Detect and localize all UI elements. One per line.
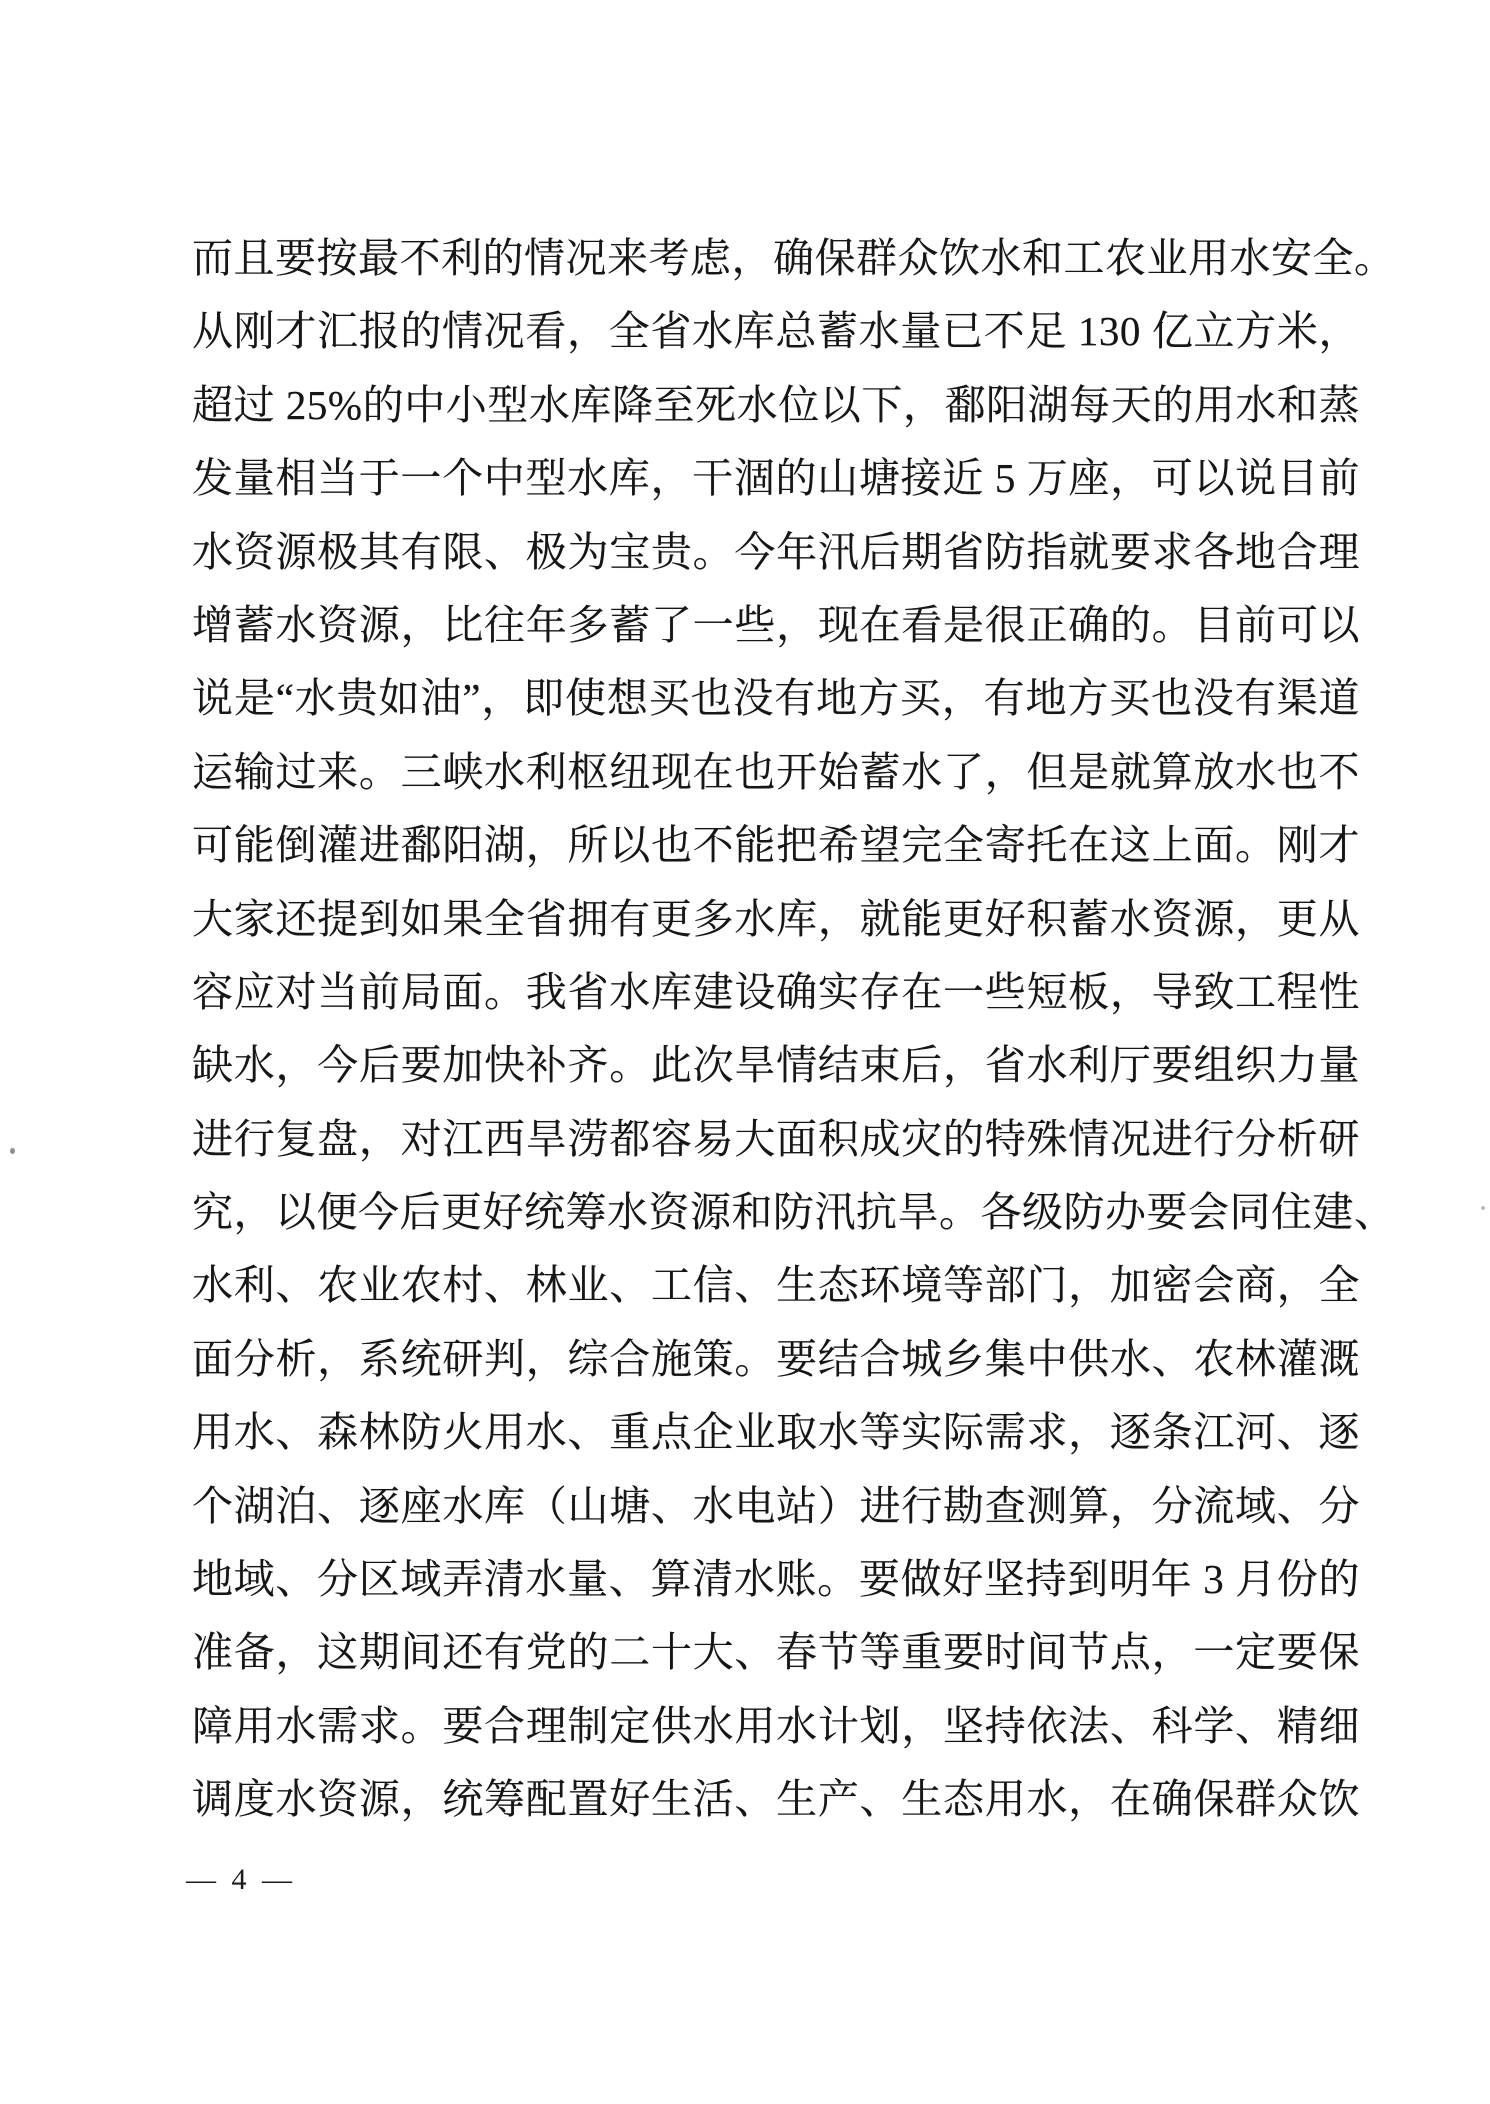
- text-line: 水资源极其有限、极为宝贵。今年汛后期省防指就要求各地合理: [192, 516, 1360, 589]
- text-line: 障用水需求。要合理制定供水用水计划，坚持依法、科学、精细: [192, 1690, 1360, 1763]
- page-number: — 4 —: [186, 1862, 316, 1898]
- text-line: 缺水，今后要加快补齐。此次旱情结束后，省水利厅要组织力量: [192, 1029, 1360, 1102]
- text-line: 发量相当于一个中型水库，干涸的山塘接近 5 万座，可以说目前: [192, 442, 1360, 515]
- text-line: 用水、森林防火用水、重点企业取水等实际需求，逐条江河、逐: [192, 1396, 1360, 1469]
- text-line: 进行复盘，对江西旱涝都容易大面积成灾的特殊情况进行分析研: [192, 1103, 1360, 1176]
- text-line: 究，以便今后更好统筹水资源和防汛抗旱。各级防办要会同住建、: [192, 1176, 1360, 1249]
- text-line: 超过 25%的中小型水库降至死水位以下，鄱阳湖每天的用水和蒸: [192, 369, 1360, 442]
- text-line: 面分析，系统研判，综合施策。要结合城乡集中供水、农林灌溉: [192, 1323, 1360, 1396]
- text-line: 容应对当前局面。我省水库建设确实存在一些短板，导致工程性: [192, 956, 1360, 1029]
- scan-speck: [10, 1148, 15, 1154]
- text-line: 而且要按最不利的情况来考虑，确保群众饮水和工农业用水安全。: [192, 222, 1360, 295]
- text-line: 准备，这期间还有党的二十大、春节等重要时间节点，一定要保: [192, 1616, 1360, 1689]
- text-line: 可能倒灌进鄱阳湖，所以也不能把希望完全寄托在这上面。刚才: [192, 809, 1360, 882]
- scan-speck: [1481, 1206, 1485, 1210]
- text-line: 增蓄水资源，比往年多蓄了一些，现在看是很正确的。目前可以: [192, 589, 1360, 662]
- document-page: 而且要按最不利的情况来考虑，确保群众饮水和工农业用水安全。从刚才汇报的情况看，全…: [0, 0, 1490, 2104]
- text-line: 说是“水贵如油”，即使想买也没有地方买，有地方买也没有渠道: [192, 662, 1360, 735]
- text-line: 调度水资源，统筹配置好生活、生产、生态用水，在确保群众饮: [192, 1763, 1360, 1836]
- document-body-text: 而且要按最不利的情况来考虑，确保群众饮水和工农业用水安全。从刚才汇报的情况看，全…: [192, 222, 1360, 1837]
- text-line: 运输过来。三峡水利枢纽现在也开始蓄水了，但是就算放水也不: [192, 736, 1360, 809]
- text-line: 水利、农业农村、林业、工信、生态环境等部门，加密会商，全: [192, 1249, 1360, 1322]
- text-line: 地域、分区域弄清水量、算清水账。要做好坚持到明年 3 月份的: [192, 1543, 1360, 1616]
- text-line: 个湖泊、逐座水库（山塘、水电站）进行勘查测算，分流域、分: [192, 1470, 1360, 1543]
- text-line: 从刚才汇报的情况看，全省水库总蓄水量已不足 130 亿立方米，: [192, 295, 1360, 368]
- text-line: 大家还提到如果全省拥有更多水库，就能更好积蓄水资源，更从: [192, 883, 1360, 956]
